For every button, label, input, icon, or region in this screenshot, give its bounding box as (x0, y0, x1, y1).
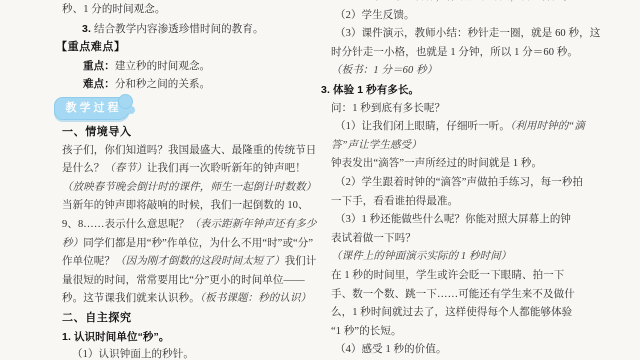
text-segment: 秒。这节课我们就来认识秒。 (62, 293, 200, 304)
text-segment: 重点： (83, 60, 115, 72)
text-line: 秒、1 分的时间观念。 (62, 1, 314, 20)
text-segment: 答”声让学生感受） (331, 140, 422, 151)
text-segment: （1）让学生小组合作，仔细观察钟面，自主探究。 (335, 0, 574, 2)
text-line: 么，1 秒时间就过去了，这样使得每个人都能够体验 (331, 304, 626, 323)
text-line: 答”声让学生感受） (331, 137, 626, 156)
text-segment: 表试着做一下吗？ (331, 233, 416, 244)
text-line: 【重点难点】 (56, 38, 314, 57)
text-line: 3. 体验 1 秒有多长。 (321, 81, 626, 100)
text-segment: 让我们再一次聆听新年的钟声吧！ (147, 163, 306, 174)
text-line: （板书：1 分＝60 秒） (331, 62, 626, 81)
text-segment: （表示距新年钟声还有多少 (189, 219, 316, 230)
column-left: 秒、1 分的时间观念。3. 结合教学内容渗透珍惜时间的教育。【重点难点】重点：建… (62, 1, 314, 360)
text-line: 作单位呢？（因为刚才倒数的这段时间太短了）我们计 (62, 253, 314, 272)
text-segment: 在 1 秒的时间里，学生或许会眨一下眼睛、拍一下 (331, 270, 564, 281)
text-line: 钟表发出“滴答”一声所经过的时间就是 1 秒。 (331, 155, 626, 174)
text-line: 难点：分和秒之间的关系。 (83, 75, 314, 94)
text-segment: 3. (82, 23, 94, 35)
text-line: 9、8……表示什么意思呢？（表示距新年钟声还有多少 (62, 216, 314, 235)
text-segment: 难点： (83, 78, 115, 90)
text-segment: （3）1 秒还能做些什么呢？你能对照大屏幕上的钟 (335, 214, 571, 225)
text-segment: 是什么？ (62, 163, 104, 174)
text-line: 在 1 秒的时间里，学生或许会眨一下眼睛、拍一下 (331, 267, 626, 286)
text-segment: 一、情境导入 (62, 126, 132, 138)
text-segment: 分和秒之间的关系。 (115, 79, 210, 90)
text-segment: 同学们都是用“秒”作单位，为什么不用“时”或“分” (83, 238, 313, 249)
text-segment: 一下手，看看谁拍得最准。 (331, 196, 458, 207)
text-line: 是什么？（春节）让我们再一次聆听新年的钟声吧！ (62, 160, 314, 179)
text-segment: 1. (62, 331, 74, 343)
text-line: 一、情境导入 (62, 123, 314, 142)
text-segment: 当新年的钟声即将敲响的时候，我们一起倒数的 10、 (62, 200, 309, 211)
text-line: 重点：建立秒的时间观念。 (83, 57, 314, 76)
text-line: （3）课件演示，教师小结：秒针走一圈，就是 60 秒，这 (335, 25, 626, 44)
text-segment: 秒、1 分的时间观念。 (62, 4, 165, 15)
text-segment: 认识时间单位“秒”。 (74, 331, 170, 343)
text-line: 3. 结合教学内容渗透珍惜时间的教育。 (82, 20, 314, 39)
text-segment: 【重点难点】 (56, 41, 126, 53)
text-segment: 体验 1 秒有多长。 (333, 84, 419, 96)
text-segment: 问：1 秒到底有多长呢？ (331, 103, 445, 114)
text-line: （1）让我们闭上眼睛，仔细听一听。（利用时钟的“滴 (335, 118, 626, 137)
text-line: 秒）同学们都是用“秒”作单位，为什么不用“时”或“分” (62, 235, 314, 254)
column-right: （1）让学生小组合作，仔细观察钟面，自主探究。（2）学生反馈。（3）课件演示，教… (331, 0, 626, 360)
text-segment: （1）让我们闭上眼睛，仔细听一听。 (335, 121, 510, 132)
text-segment: （2）学生跟着时钟的“滴答”声做拍手练习，每一秒拍 (335, 177, 583, 188)
text-segment: 建立秒的时间观念。 (115, 61, 210, 72)
text-line: 量很短的时间，常常要用比“分”更小的时间单位—— (62, 272, 314, 291)
text-line: 孩子们，你们知道吗？我国最盛大、最隆重的传统节日 (62, 142, 314, 161)
text-line: 表试着做一下吗？ (331, 230, 626, 249)
text-segment: （4）感受 1 秒的价值。 (335, 344, 447, 355)
text-segment: （放映春节晚会倒计时的课件，师生一起倒计时数数） (62, 182, 316, 193)
text-line: （1）认识钟面上的秒针。 (72, 346, 314, 360)
text-segment: 结合教学内容渗透珍惜时间的教育。 (94, 24, 264, 35)
text-segment: （因为刚才倒数的这段时间太短了） (115, 256, 285, 267)
text-segment: 时分针走一小格，也就是 1 分钟，所以 1 分＝60 秒。 (331, 47, 578, 58)
text-segment: （1）认识钟面上的秒针。 (72, 349, 194, 360)
text-segment: 二、自主探究 (62, 312, 132, 324)
text-segment: 钟表发出“滴答”一声所经过的时间就是 1 秒。 (331, 158, 542, 169)
text-line: （放映春节晚会倒计时的课件，师生一起倒计时数数） (62, 179, 314, 198)
text-line: “1 秒”的长短。 (331, 323, 626, 342)
text-line: （2）学生反馈。 (335, 7, 626, 26)
text-line: 时分针走一小格，也就是 1 分钟，所以 1 分＝60 秒。 (331, 44, 626, 63)
text-line: 问：1 秒到底有多长呢？ (331, 100, 626, 119)
text-line: （课件上的钟面演示实际的 1 秒时间） (331, 248, 626, 267)
teaching-process-badge: 教学过程 (54, 97, 130, 120)
lesson-plan-page: 秒、1 分的时间观念。3. 结合教学内容渗透珍惜时间的教育。【重点难点】重点：建… (0, 0, 640, 360)
text-segment: 量很短的时间，常常要用比“分”更小的时间单位—— (62, 275, 305, 286)
badge-row: 教学过程 (62, 94, 314, 123)
text-line: （4）感受 1 秒的价值。 (335, 341, 626, 360)
text-segment: （春节） (104, 163, 146, 174)
text-segment: （利用时钟的“滴 (510, 121, 585, 132)
text-line: （1）让学生小组合作，仔细观察钟面，自主探究。 (335, 0, 626, 7)
text-segment: （板书课题：秒的认识） (200, 293, 311, 304)
text-line: （3）1 秒还能做些什么呢？你能对照大屏幕上的钟 (335, 211, 626, 230)
text-segment: “1 秒”的长短。 (331, 326, 402, 337)
text-line: 1. 认识时间单位“秒”。 (62, 328, 314, 347)
text-segment: 作单位呢？ (62, 256, 115, 267)
text-segment: 9、8……表示什么意思呢？ (62, 219, 189, 230)
text-segment: 手、数一个数、跳一下……可能还有学生来不及做什 (331, 289, 575, 300)
text-line: 手、数一个数、跳一下……可能还有学生来不及做什 (331, 286, 626, 305)
text-line: 秒。这节课我们就来认识秒。（板书课题：秒的认识） (62, 290, 314, 309)
text-line: 当新年的钟声即将敲响的时候，我们一起倒数的 10、 (62, 197, 314, 216)
text-segment: （3）课件演示，教师小结：秒针走一圈，就是 60 秒，这 (335, 28, 600, 39)
text-segment: 3. (321, 84, 333, 96)
text-segment: （板书：1 分＝60 秒） (331, 65, 437, 76)
text-segment: 我们计 (285, 256, 317, 267)
text-line: 二、自主探究 (62, 309, 314, 328)
text-segment: 秒） (62, 238, 83, 249)
text-segment: 孩子们，你们知道吗？我国最盛大、最隆重的传统节日 (62, 145, 316, 156)
text-segment: 么，1 秒时间就过去了，这样使得每个人都能够体验 (331, 307, 572, 318)
text-segment: （2）学生反馈。 (335, 10, 415, 21)
text-line: （2）学生跟着时钟的“滴答”声做拍手练习，每一秒拍 (335, 174, 626, 193)
text-segment: （课件上的钟面演示实际的 1 秒时间） (331, 251, 511, 262)
text-line: 一下手，看看谁拍得最准。 (331, 193, 626, 212)
